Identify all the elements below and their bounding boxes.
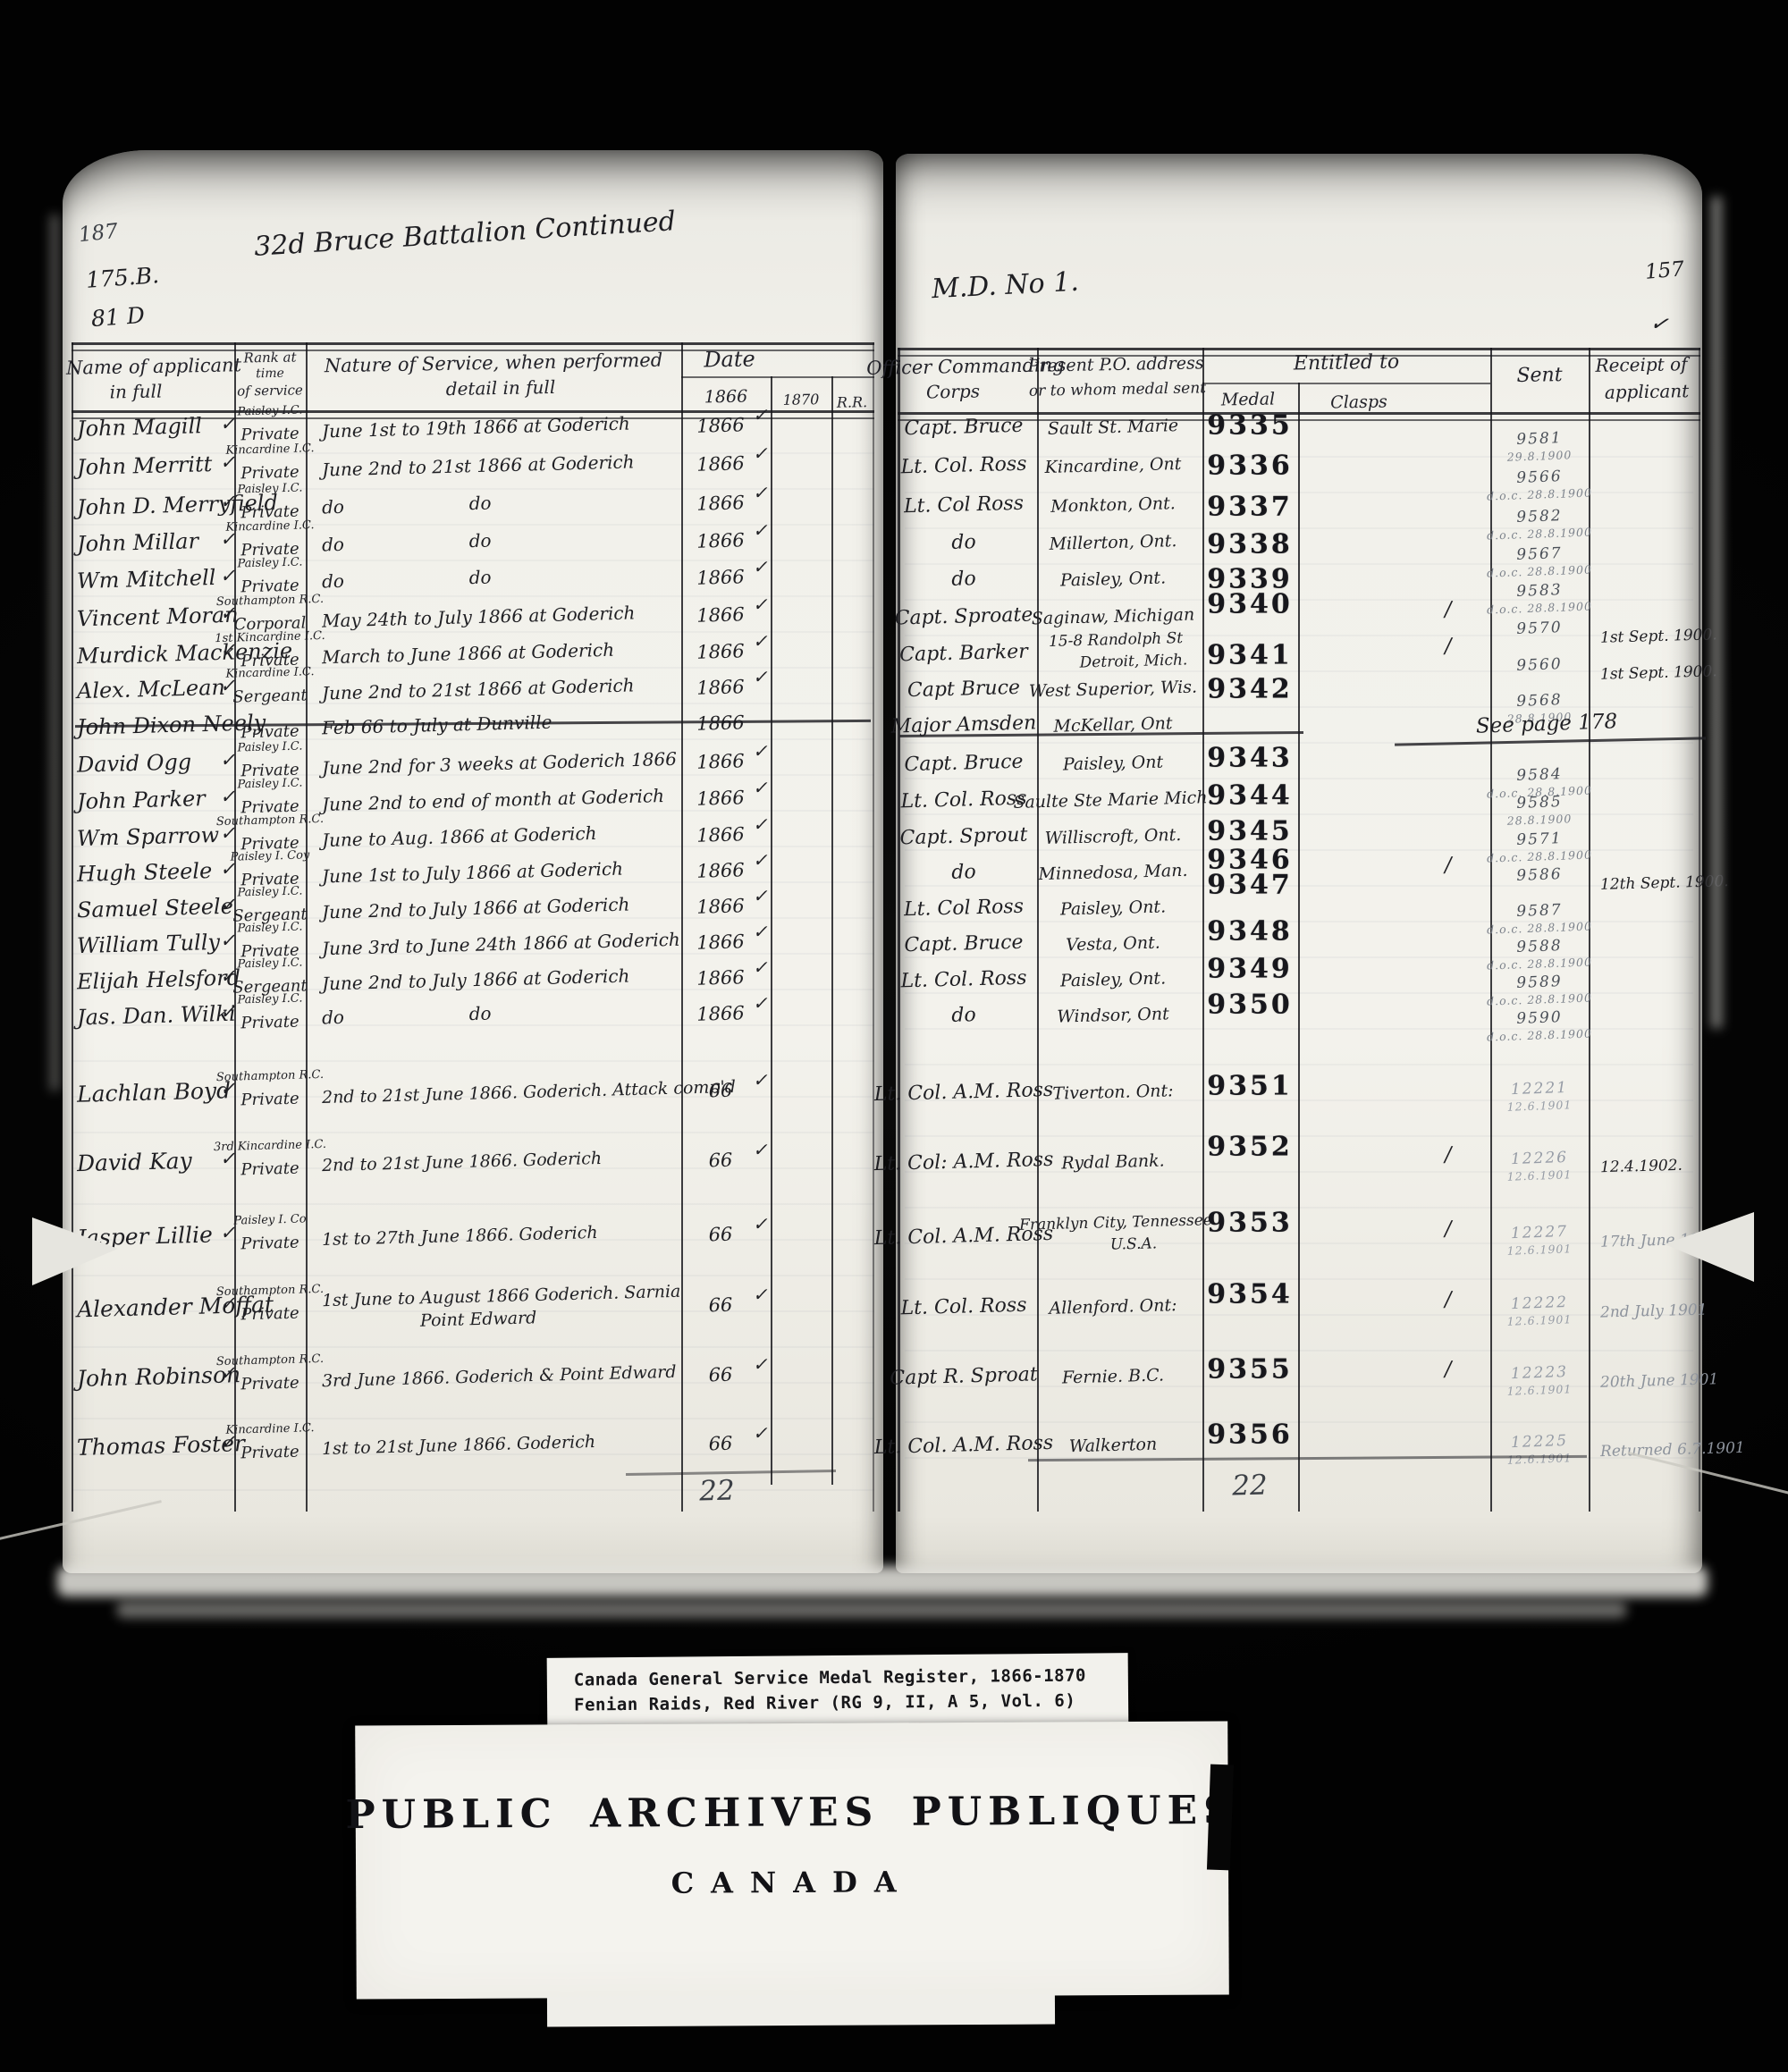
po-address: Paisley, Ont. (1060, 568, 1167, 590)
receipt-date: 2nd July 1901 (1600, 1301, 1708, 1321)
medal-number: 9336 (1207, 451, 1293, 482)
date-value: 1866 (696, 414, 745, 436)
date-check-mark: ✓ (753, 849, 768, 871)
sent-number: 9570 (1516, 619, 1563, 638)
po-address: Williscroft, Ont. (1044, 825, 1181, 848)
date-value: 1866 (696, 787, 745, 809)
col-header-receipt: Receipt of (1595, 353, 1687, 376)
sent-date: 12.6.1901 (1506, 1098, 1572, 1114)
receipt-date: 20th June 1901 (1600, 1370, 1719, 1391)
archives-card: PUBLIC ARCHIVES PUBLIQUES CANADA (355, 1721, 1229, 1999)
date-check-mark: ✓ (753, 519, 768, 541)
col-header-rr: R.R. (837, 393, 868, 411)
col-header-nature: detail in full (446, 376, 556, 400)
left-total-count: 22 (699, 1474, 735, 1507)
sent-number: 9581 (1516, 429, 1563, 449)
applicant-name: Samuel Steele (77, 894, 234, 923)
unit-note: Kincardine I.C. (225, 442, 314, 458)
unit-note: Paisley I.C. (237, 482, 302, 497)
unit-note: Paisley I.C. (237, 404, 302, 419)
table-line (1202, 348, 1204, 1512)
date-check-mark: ✓ (753, 740, 768, 762)
medal-number: 9341 (1207, 640, 1293, 671)
medal-number: 9338 (1207, 529, 1293, 560)
margin-note: 81 D (90, 302, 146, 332)
applicant-name: John Millar (77, 528, 199, 557)
page-bottom-edge (57, 1566, 1708, 1596)
officer-commanding: Capt. Bruce (904, 751, 1024, 776)
po-address: Millerton, Ont. (1049, 531, 1177, 554)
sent-number: 9582 (1516, 507, 1563, 526)
date-value: 66 (708, 1364, 732, 1386)
unit-note: Southampton R.C. (216, 813, 325, 829)
rank: Private (240, 1159, 299, 1180)
date-value: 1866 (696, 931, 745, 953)
po-address: Fernie. B.C. (1062, 1366, 1165, 1388)
service-detail: Point Edward (420, 1308, 537, 1330)
po-address: Paisley, Ont. (1060, 968, 1167, 990)
page-number: 157 (1644, 257, 1685, 284)
date-value: 1866 (696, 640, 745, 662)
date-check-mark: ✓ (753, 992, 768, 1014)
rank: Private (240, 1304, 299, 1325)
officer-commanding: Lt. Col Ross (904, 896, 1025, 921)
rank: Private (240, 1234, 299, 1254)
clasp-mark: / (1445, 1143, 1452, 1167)
table-line (1037, 348, 1039, 1512)
sent-number: 9584 (1516, 765, 1563, 785)
officer-commanding: Lt. Col. A.M. Ross (874, 1079, 1054, 1106)
col-header-address: or to whom medal sent (1029, 379, 1206, 400)
col-header-name: in full (109, 380, 162, 402)
applicant-name: Lachlan Boyd (77, 1077, 232, 1107)
date-check-mark: ✓ (753, 1139, 768, 1160)
po-address: Minnedosa, Man. (1038, 861, 1188, 884)
unit-note: Paisley I.C. (237, 956, 302, 972)
date-check-mark: ✓ (753, 482, 768, 503)
officer-commanding: Lt. Col. Ross (900, 788, 1027, 813)
officer-commanding: Capt Bruce (907, 677, 1021, 702)
po-address: Paisley, Ont (1063, 753, 1164, 775)
service-detail: do do (322, 530, 492, 556)
date-check-mark: ✓ (753, 442, 768, 464)
margin-note: 187 (78, 220, 119, 247)
sent-number: 12222 (1511, 1293, 1569, 1313)
name-check-mark: ✓ (220, 491, 236, 512)
sent-number: 9587 (1516, 901, 1563, 921)
table-line (306, 342, 308, 1512)
po-address: 15-8 Randolph St (1049, 629, 1184, 651)
po-address: Tiverton. Ont: (1052, 1081, 1174, 1104)
table-line (1298, 383, 1300, 1512)
date-value: 1866 (696, 676, 745, 698)
unit-note: Southampton R.C. (216, 1283, 325, 1299)
col-header-receipt: applicant (1605, 380, 1690, 403)
name-check-mark: ✓ (220, 413, 236, 434)
applicant-name: Alex. McLean (77, 675, 226, 703)
table-line (72, 342, 73, 1512)
date-value: 1866 (696, 859, 745, 881)
col-header-officer: Corps (926, 380, 980, 402)
medal-number: 9350 (1207, 990, 1293, 1021)
medal-number: 9345 (1207, 816, 1293, 847)
date-value: 66 (708, 1294, 732, 1317)
date-value: 1866 (696, 750, 745, 772)
date-check-mark: ✓ (753, 630, 768, 652)
officer-commanding: do (951, 861, 976, 884)
medal-number: 9355 (1207, 1354, 1293, 1386)
date-check-mark: ✓ (753, 885, 768, 906)
po-address: Paisley, Ont. (1060, 897, 1167, 919)
rank: Private (240, 1090, 299, 1110)
date-value: 1866 (696, 603, 745, 626)
po-address: Rydal Bank. (1061, 1150, 1165, 1173)
date-check-mark: ✓ (753, 1284, 768, 1305)
medal-number: 9356 (1207, 1419, 1293, 1451)
archives-title: PUBLIC ARCHIVES PUBLIQUES (345, 1788, 1238, 1838)
margin-note: 175.B. (85, 262, 160, 293)
unit-note: Paisley I.C. (237, 740, 302, 755)
officer-commanding: Capt. Bruce (904, 415, 1024, 440)
service-detail: do do (322, 1003, 492, 1029)
rank: Private (240, 1443, 299, 1463)
date-check-mark: ✓ (753, 404, 768, 425)
table-line (72, 350, 874, 351)
col-header-1870: 1870 (782, 391, 819, 409)
applicant-name: Wm Mitchell (77, 565, 216, 594)
card-bottom-tab (547, 1994, 1055, 2027)
po-address: Detroit, Mich. (1079, 651, 1187, 671)
table-line (1699, 348, 1700, 1512)
medal-number: 9342 (1207, 674, 1293, 705)
po-address: Monkton, Ont. (1050, 493, 1176, 517)
col-header-1866: 1866 (704, 387, 748, 408)
clasp-mark: / (1445, 635, 1452, 658)
applicant-name: Jas. Dan. Wilki (77, 1001, 236, 1031)
table-line (1202, 383, 1490, 384)
unit-note: Paisley I. Coy (231, 848, 310, 863)
col-header-address: Present P.O. address (1027, 353, 1203, 375)
applicant-name: William Tully (77, 930, 221, 958)
label-line1: Canada General Service Medal Register, 1… (547, 1653, 1128, 1693)
sent-number: 12221 (1511, 1079, 1569, 1099)
date-check-mark: ✓ (753, 1213, 768, 1234)
table-line (898, 348, 1700, 350)
applicant-name: David Kay (77, 1148, 192, 1176)
card-clip-shadow (1207, 1765, 1234, 1871)
col-header-rank: time (256, 366, 284, 382)
po-address: Walkerton (1069, 1435, 1158, 1457)
officer-commanding: do (951, 531, 976, 554)
sent-date: 12.6.1901 (1506, 1167, 1572, 1183)
date-value: 66 (708, 1433, 732, 1455)
rank: Private (240, 463, 299, 484)
medal-number: 9351 (1207, 1071, 1293, 1102)
receipt-date: 12th Sept. 1900. (1600, 872, 1729, 894)
table-line (681, 376, 874, 378)
col-header-name: Name of applicant (66, 354, 241, 378)
medal-number: 9352 (1207, 1132, 1293, 1163)
officer-commanding: Lt. Col. Ross (900, 1294, 1027, 1320)
sent-number: 9589 (1516, 973, 1563, 992)
date-check-mark: ✓ (753, 1422, 768, 1444)
page-bottom-edge (116, 1602, 1627, 1618)
sent-number: 12223 (1511, 1363, 1569, 1383)
sent-date: 12.6.1901 (1506, 1312, 1572, 1328)
medal-number: 9344 (1207, 780, 1293, 812)
applicant-name: Wm Sparrow (77, 822, 220, 851)
name-check-mark: ✓ (220, 749, 236, 771)
rank: Private (240, 1374, 299, 1394)
rank: Sergeant (232, 686, 308, 706)
table-line (234, 342, 236, 1512)
date-value: 1866 (696, 492, 745, 514)
unit-note: Paisley I. Co (233, 1212, 307, 1227)
name-check-mark: ✓ (220, 565, 236, 586)
sent-number: 9586 (1516, 865, 1563, 885)
unit-note: Kincardine I.C. (225, 518, 314, 535)
table-line (831, 376, 833, 1485)
date-check-mark: ✓ (753, 556, 768, 577)
date-value: 1866 (696, 1002, 745, 1024)
sent-number: 9567 (1516, 544, 1563, 564)
officer-commanding: do (951, 568, 976, 591)
col-header-clasps: Clasps (1330, 392, 1387, 412)
officer-commanding: Capt. Barker (899, 641, 1028, 667)
sent-number: 9590 (1516, 1008, 1563, 1028)
po-address: U.S.A. (1110, 1234, 1158, 1253)
date-value: 66 (708, 1080, 732, 1102)
clasp-mark: / (1445, 1358, 1452, 1381)
col-header-rank: of service (237, 382, 303, 399)
medal-number: 9349 (1207, 954, 1293, 985)
sent-number: 9585 (1516, 793, 1563, 813)
unit-note: Paisley I.C. (237, 777, 302, 792)
service-detail: do do (322, 567, 492, 593)
col-header-sent: Sent (1516, 364, 1563, 387)
date-value: 1866 (696, 566, 745, 588)
po-address: Vesta, Ont. (1066, 933, 1160, 956)
medal-number: 9337 (1207, 492, 1293, 523)
right-total-count: 22 (1232, 1469, 1268, 1502)
officer-commanding: Capt. Sprout (899, 824, 1027, 850)
sent-date: 12.6.1901 (1506, 1382, 1572, 1398)
unit-note: Paisley I.C. (237, 556, 302, 571)
medal-number: 9340 (1207, 589, 1293, 620)
table-line (72, 342, 874, 345)
receipt-date: 1st Sept. 1900. (1600, 626, 1717, 646)
label-line2: Fenian Raids, Red River (RG 9, II, A 5, … (547, 1689, 1128, 1718)
clasp-mark: / (1445, 1217, 1452, 1241)
clasp-mark: / (1445, 598, 1452, 621)
name-check-mark: ✓ (220, 786, 236, 807)
medal-number: 9343 (1207, 743, 1293, 774)
date-check-mark: ✓ (753, 594, 768, 615)
po-address: Kincardine, Ont (1044, 454, 1181, 477)
officer-commanding: Lt. Col. Ross (900, 967, 1027, 993)
date-check-mark: ✓ (753, 1353, 768, 1375)
medal-number: 9354 (1207, 1279, 1293, 1310)
name-check-mark: ✓ (220, 930, 236, 951)
date-check-mark: ✓ (753, 921, 768, 942)
date-check-mark: ✓ (753, 956, 768, 978)
unit-note: Paisley I.C. (237, 992, 302, 1007)
date-check-mark: ✓ (753, 777, 768, 798)
medal-number: 9353 (1207, 1208, 1293, 1239)
date-value: 1866 (696, 966, 745, 989)
applicant-name: David Ogg (77, 749, 192, 777)
archives-subtitle: CANADA (671, 1865, 914, 1899)
sent-number: 12225 (1511, 1432, 1569, 1452)
col-header-rank: Rank at (243, 349, 296, 366)
medal-number: 9347 (1207, 870, 1293, 901)
sent-date: 28.8.1900 (1506, 812, 1572, 828)
unit-note: Southampton R.C. (216, 1352, 325, 1369)
date-value: 1866 (696, 452, 745, 475)
date-value: 1866 (696, 529, 745, 552)
officer-commanding: Capt. Sproate (894, 603, 1033, 629)
date-check-mark: ✓ (753, 666, 768, 687)
applicant-name: John Parker (77, 786, 206, 814)
unit-note: Southampton R.C. (216, 593, 325, 609)
table-line (681, 342, 683, 1512)
sent-number: 9571 (1516, 830, 1563, 849)
sent-number: 9560 (1516, 655, 1563, 675)
rank: Private (240, 1013, 299, 1033)
date-value: 1866 (696, 895, 745, 917)
sent-number: 9588 (1516, 937, 1563, 956)
table-line (771, 376, 772, 1485)
medal-number: 9335 (1207, 410, 1293, 442)
unit-note: Kincardine I.C. (225, 665, 314, 681)
clasp-mark: / (1445, 854, 1452, 877)
sent-number: 12226 (1511, 1149, 1569, 1168)
page-stack-edge (50, 215, 59, 1091)
date-value: 66 (708, 1150, 732, 1172)
date-check-mark: ✓ (753, 813, 768, 835)
sent-date: 12.6.1901 (1506, 1242, 1572, 1258)
date-check-mark: ✓ (753, 1069, 768, 1091)
applicant-name: Hugh Steele (77, 858, 213, 887)
receipt-date: Returned 6.7.1901 (1600, 1439, 1745, 1461)
officer-commanding: Lt. Col. A.M. Ross (874, 1432, 1054, 1459)
col-header-medal: Medal (1221, 389, 1276, 409)
applicant-name: Elijah Helsford (77, 965, 241, 995)
unit-note: Southampton R.C. (216, 1068, 325, 1084)
officer-commanding: Lt. Col Ross (904, 493, 1025, 518)
page-stack-edge (1711, 197, 1722, 1028)
see-page-note: See page 178 (1475, 710, 1617, 738)
medal-number: 9348 (1207, 916, 1293, 948)
po-address: Allenford. Ont: (1049, 1295, 1177, 1318)
sent-number: 9583 (1516, 581, 1563, 601)
officer-commanding: Capt. Bruce (904, 931, 1024, 956)
sent-number: 12227 (1511, 1223, 1569, 1242)
date-value: 1866 (696, 712, 745, 734)
sent-number: 9566 (1516, 467, 1563, 487)
unit-note: Kincardine I.C. (225, 1421, 314, 1437)
sent-number: 9568 (1516, 691, 1563, 711)
applicant-name: Vincent Moran (77, 602, 239, 632)
applicant-name: John Magill (77, 413, 203, 442)
name-check-mark: ✓ (220, 1001, 236, 1023)
officer-commanding: do (951, 1004, 976, 1027)
table-line (898, 355, 1700, 357)
sent-date: 12.6.1901 (1506, 1451, 1572, 1467)
date-value: 1866 (696, 823, 745, 846)
sent-date: 29.8.1900 (1506, 448, 1572, 464)
date-value: 66 (708, 1224, 732, 1246)
unit-note: Paisley I.C. (237, 885, 302, 900)
receipt-date: 12.4.1902. (1600, 1157, 1683, 1176)
po-address: Sault St. Marie (1048, 416, 1179, 439)
table-line (898, 348, 900, 1512)
officer-commanding: Lt. Col: A.M. Ross (873, 1149, 1053, 1175)
service-detail: do do (322, 493, 492, 518)
clasp-mark: / (1445, 1288, 1452, 1311)
table-line (873, 342, 874, 1512)
scanned-register-page: 187 175.B. 81 D 32d Bruce Battalion Cont… (0, 0, 1788, 2072)
unit-note: Paisley I.C. (237, 921, 302, 936)
po-address: Windsor, Ont (1057, 1004, 1169, 1026)
officer-commanding: Lt. Col. Ross (900, 453, 1027, 479)
officer-commanding: Capt R. Sproat (890, 1363, 1038, 1389)
applicant-name: John Merritt (77, 451, 213, 480)
receipt-date: 1st Sept. 1900. (1600, 662, 1717, 683)
